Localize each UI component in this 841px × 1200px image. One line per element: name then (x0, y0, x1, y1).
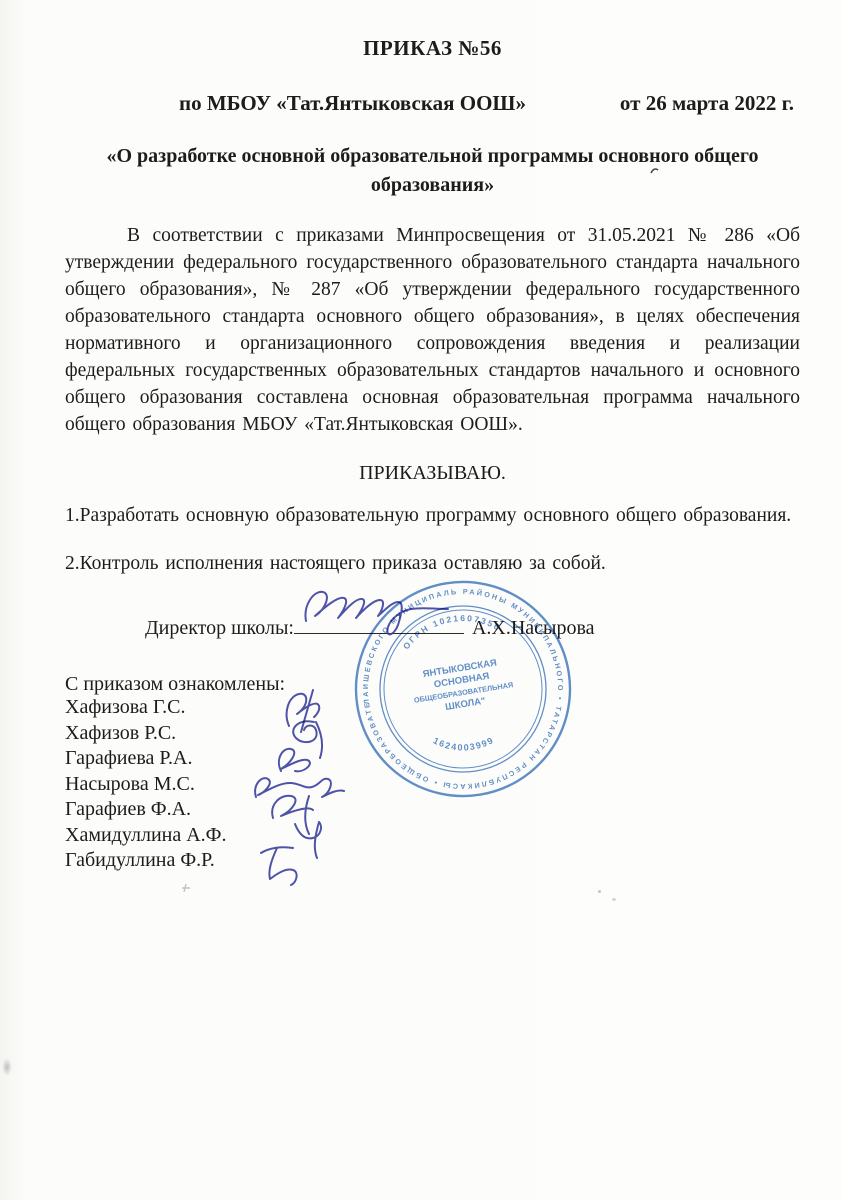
signatory-name: Хафизов Р.С. (65, 722, 176, 744)
signatory-row: Хафизов Р.С. (65, 722, 800, 748)
scanned-order-document: ПРИКАЗ №56 по МБОУ «Тат.Янтыковская ООШ»… (0, 0, 841, 1200)
signatory-name: Хафизова Г.С. (65, 696, 185, 718)
scan-artifact (180, 882, 192, 894)
signatory-row: Насырова М.С. (65, 773, 800, 799)
scan-artifact (598, 890, 601, 893)
document-title: ПРИКАЗ №56 (65, 36, 800, 61)
order-item-2: 2.Контроль исполнения настоящего приказа… (65, 550, 800, 577)
signatory-row: Гарафиев Ф.А. (65, 798, 800, 824)
order-date: от 26 марта 2022 г. (620, 91, 794, 116)
org-date-line: по МБОУ «Тат.Янтыковская ООШ» от 26 март… (65, 91, 800, 116)
director-signature-row: Директор школы:А.Х.Насырова (145, 613, 800, 643)
order-subject: «О разработке основной образовательной п… (83, 142, 783, 200)
signatory-name: Гарафиева Р.А. (65, 747, 192, 769)
signatory-name: Насырова М.С. (65, 773, 195, 795)
director-signature-ink (298, 581, 458, 641)
org-name: по МБОУ «Тат.Янтыковская ООШ» (179, 91, 526, 116)
signatory-row: Гарафиева Р.А. (65, 747, 800, 773)
acknowledgement-heading: С приказом ознакомлены: (65, 673, 800, 696)
signature-line (294, 613, 464, 634)
signatory-name: Хамидуллина А.Ф. (65, 824, 226, 846)
resolution-heading: ПРИКАЗЫВАЮ. (65, 462, 800, 485)
director-name: А.Х.Насырова (472, 617, 595, 639)
signatory-signature-ink (255, 839, 325, 891)
signatory-name: Габидуллина Ф.Р. (65, 849, 215, 871)
order-item-1: 1.Разработать основную образовательную п… (65, 502, 800, 529)
director-label: Директор школы: (145, 617, 294, 639)
body-paragraph: В соответствии с приказами Минпросвещени… (65, 222, 800, 438)
signatory-name: Гарафиев Ф.А. (65, 798, 191, 820)
signatory-row: Габидуллина Ф.Р. (65, 849, 800, 875)
scan-artifact (612, 898, 616, 901)
signatory-row: Хафизова Г.С. (65, 696, 800, 722)
signatory-row: Хамидуллина А.Ф. (65, 824, 800, 850)
scan-artifact (2, 1058, 12, 1076)
